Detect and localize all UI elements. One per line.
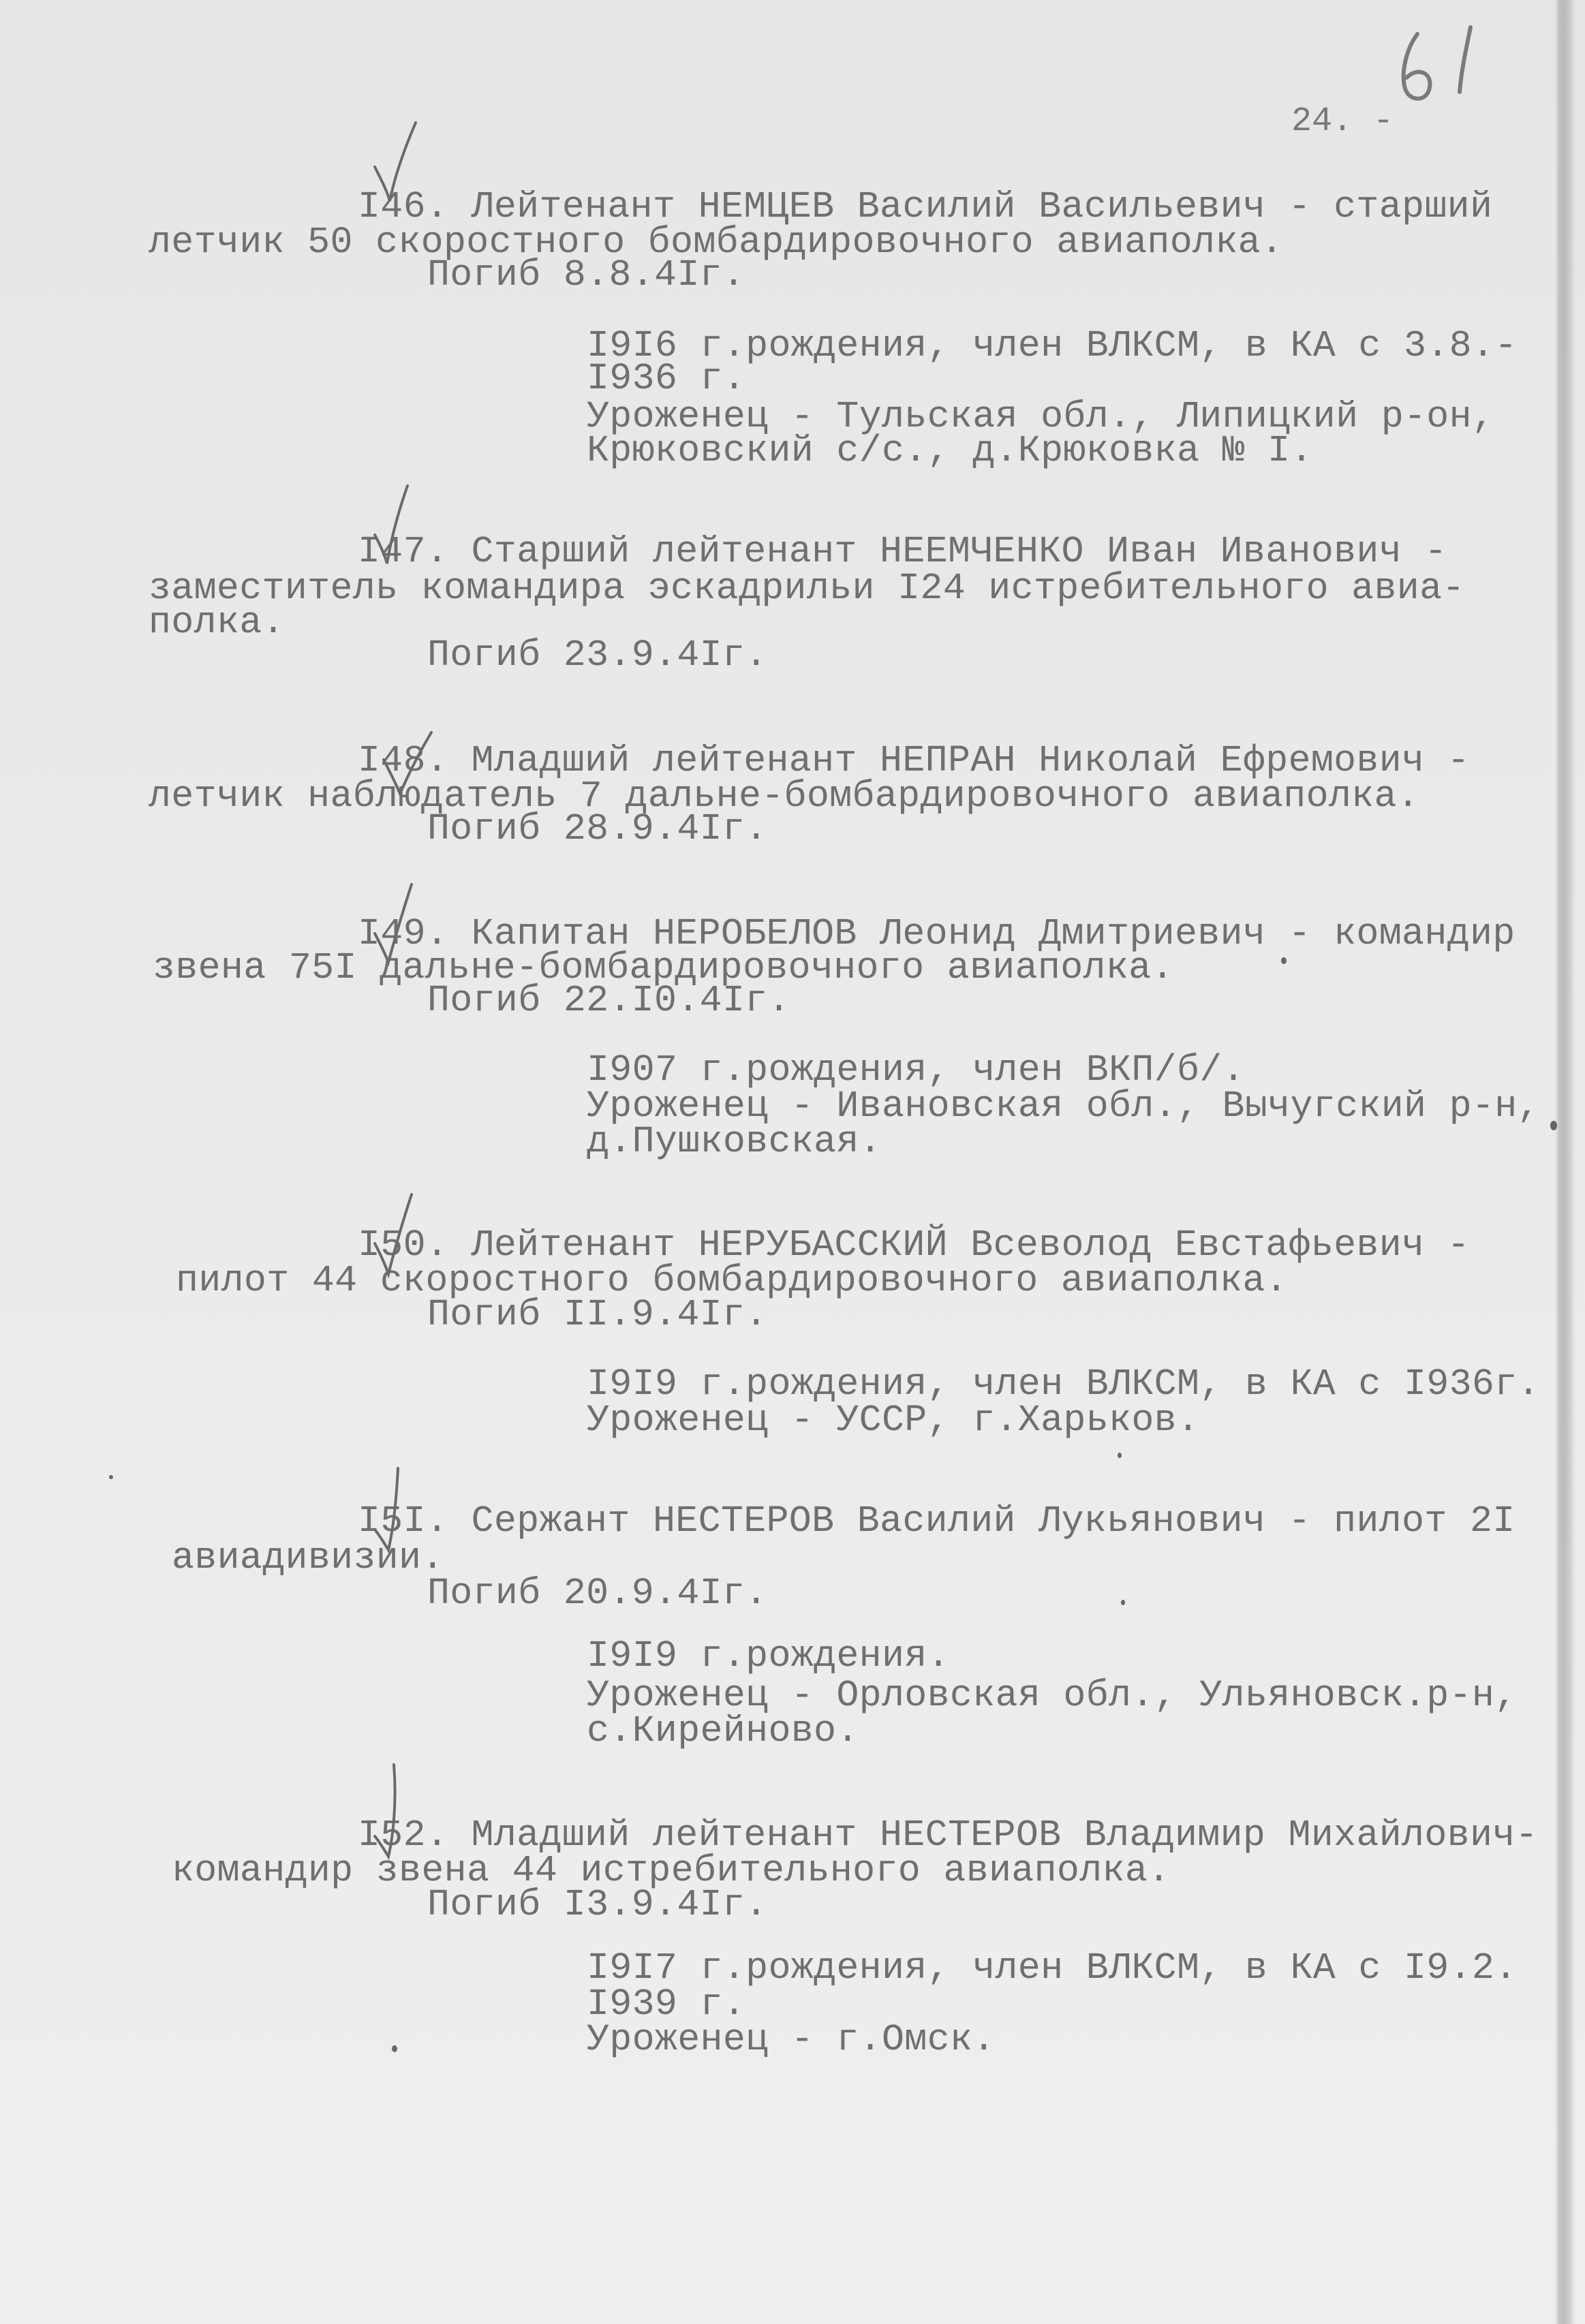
handwritten-folio-number <box>1390 7 1486 109</box>
birth-info: I9I9 г.рождения. <box>587 1636 950 1677</box>
entry-heading: I5I. Сержант НЕСТЕРОВ Василий Лукьянович… <box>358 1501 1515 1542</box>
checkmark-icon <box>368 1189 429 1298</box>
checkmark-icon <box>368 119 429 228</box>
ink-speck <box>1281 957 1287 964</box>
birthplace: Уроженец - г.Омск. <box>587 2019 996 2060</box>
ink-speck <box>1118 1453 1122 1458</box>
ink-speck <box>1121 1600 1125 1605</box>
birth-info: I936 г. <box>587 358 745 399</box>
entry-text: заместитель командира эскадрильи I24 ист… <box>149 568 1465 609</box>
checkmark-icon <box>368 879 429 988</box>
ink-speck <box>109 1475 113 1479</box>
death-date: Погиб 20.9.4Iг. <box>427 1573 768 1614</box>
death-date: Погиб 23.9.4Iг. <box>427 635 768 676</box>
ink-speck <box>1550 1121 1557 1130</box>
checkmark-icon <box>368 480 429 589</box>
death-date: Погиб 8.8.4Iг. <box>427 255 745 296</box>
birthplace: Крюковский с/с., д.Крюковка № I. <box>587 431 1313 471</box>
checkmark-icon <box>368 1465 429 1574</box>
page-number: 24. - <box>1291 102 1394 141</box>
entry-text: полка. <box>149 602 285 643</box>
checkmark-icon <box>368 1758 429 1867</box>
birthplace: Уроженец - УССР, г.Харьков. <box>587 1400 1199 1441</box>
ink-speck <box>392 2045 397 2052</box>
birthplace: с.Кирейново. <box>587 1711 859 1752</box>
birthplace: д.Пушковская. <box>587 1121 882 1162</box>
death-date: Погиб I3.9.4Iг. <box>427 1885 768 1925</box>
death-date: Погиб 28.9.4Iг. <box>427 809 768 850</box>
checkmark-icon <box>378 719 440 828</box>
entry-heading: I47. Старший лейтенант НЕЕМЧЕНКО Иван Ив… <box>358 531 1447 572</box>
death-date: Погиб II.9.4Iг. <box>427 1295 768 1335</box>
entry-text: летчик наблюдатель 7 дальне-бомбардирово… <box>149 776 1419 817</box>
death-date: Погиб 22.I0.4Iг. <box>427 980 790 1021</box>
